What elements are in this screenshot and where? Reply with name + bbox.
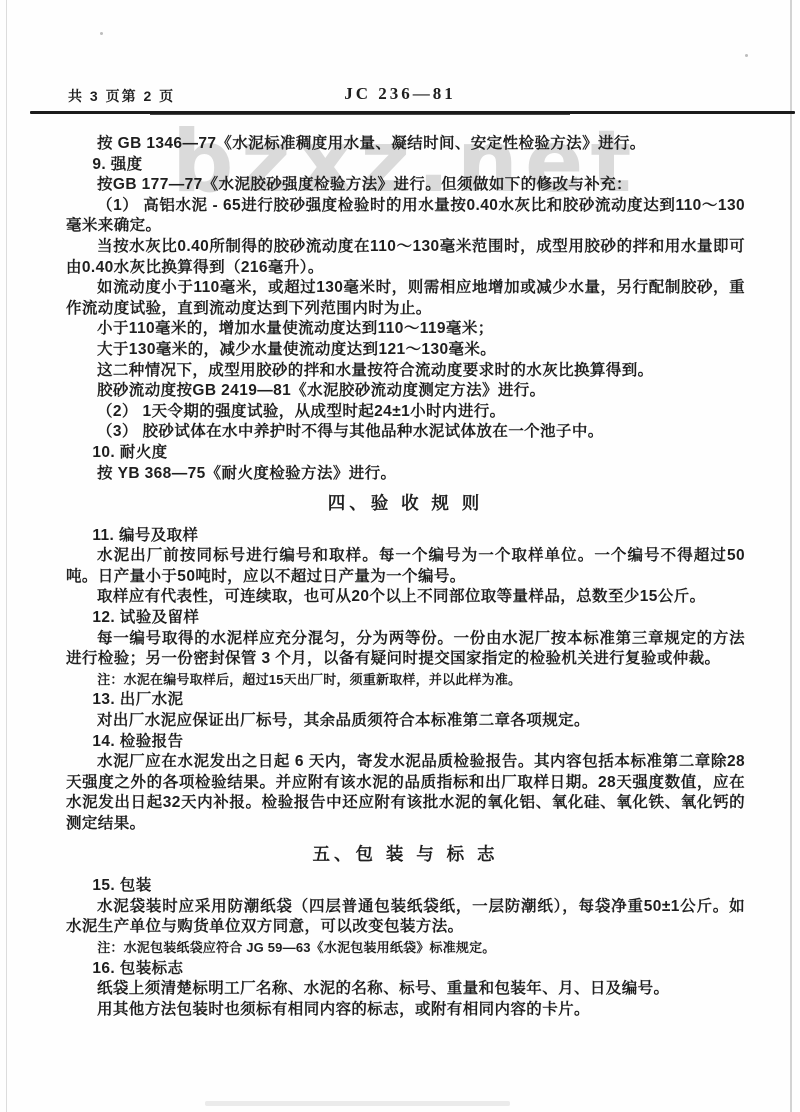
note-line: 注：水泥包装纸袋应符合 JG 59—63《水泥包装用纸袋》标准规定。 xyxy=(66,938,745,959)
paragraph: 如流动度小于110毫米，或超过130毫米时，则需相应地增加或减少水量，另行配制胶… xyxy=(66,278,745,319)
paragraph: 水泥袋装时应采用防潮纸袋（四层普通包装纸袋纸，一层防潮纸），每袋净重50±1公斤… xyxy=(66,897,745,938)
section-heading: 五、包 装 与 标 志 xyxy=(66,844,745,865)
clause-title: 11. 编号及取样 xyxy=(66,526,745,547)
scan-speck xyxy=(745,54,748,57)
paragraph: 胶砂流动度按GB 2419—81《水泥胶砂流动度测定方法》进行。 xyxy=(66,381,745,402)
page-header: 共 3 页第 2 页 JC 236—81 xyxy=(0,84,800,108)
paragraph: 取样应有代表性，可连续取，也可从20个以上不同部位取等量样品，总数至少15公斤。 xyxy=(66,587,745,608)
paragraph: 对出厂水泥应保证出厂标号，其余品质须符合本标准第二章各项规定。 xyxy=(66,711,745,732)
paragraph: 按 GB 1346—77《水泥标准稠度用水量、凝结时间、安定性检验方法》进行。 xyxy=(66,134,745,155)
paragraph: 按GB 177—77《水泥胶砂强度检验方法》进行。但须做如下的修改与补充： xyxy=(66,175,745,196)
scan-speck xyxy=(100,32,103,35)
paragraph: 纸袋上须清楚标明工厂名称、水泥的名称、标号、重量和包装年、月、日及编号。 xyxy=(66,979,745,1000)
paragraph: 每一编号取得的水泥样应充分混匀，分为两等份。一份由水泥厂按本标准第三章规定的方法… xyxy=(66,629,745,670)
document-body: 按 GB 1346—77《水泥标准稠度用水量、凝结时间、安定性检验方法》进行。9… xyxy=(0,126,800,1020)
clause-title: 9. 强度 xyxy=(66,155,745,176)
paragraph: （2） 1天令期的强度试验，从成型时起24±1小时内进行。 xyxy=(66,402,745,423)
clause-title: 12. 试验及留样 xyxy=(66,608,745,629)
paragraph: 小于110毫米的，增加水量使流动度达到110～119毫米； xyxy=(66,319,745,340)
header-rule xyxy=(30,111,795,114)
paragraph: 按 YB 368—75《耐火度检验方法》进行。 xyxy=(66,464,745,485)
paragraph: 水泥厂应在水泥发出之日起 6 天内，寄发水泥品质检验报告。其内容包括本标准第二章… xyxy=(66,752,745,834)
note-line: 注：水泥在编号取样后，超过15天出厂时，须重新取样，并以此样为准。 xyxy=(66,670,745,691)
paragraph: 当按水灰比0.40所制得的胶砂流动度在110～130毫米范围时，成型用胶砂的拌和… xyxy=(66,237,745,278)
clause-title: 15. 包装 xyxy=(66,876,745,897)
paragraph: （3） 胶砂试体在水中养护时不得与其他品种水泥试体放在一个池子中。 xyxy=(66,422,745,443)
paragraph: （1） 高铝水泥 - 65进行胶砂强度检验时的用水量按0.40水灰比和胶砂流动度… xyxy=(66,196,745,237)
paragraph: 用其他方法包装时也须标有相同内容的标志，或附有相同内容的卡片。 xyxy=(66,1000,745,1021)
section-heading: 四、验 收 规 则 xyxy=(66,493,745,514)
scan-artifact-bottom xyxy=(205,1101,510,1106)
paragraph: 水泥出厂前按同标号进行编号和取样。每一个编号为一个取样单位。一个编号不得超过50… xyxy=(66,546,745,587)
paragraph: 这二种情况下，成型用胶砂的拌和水量按符合流动度要求时的水灰比换算得到。 xyxy=(66,361,745,382)
standard-number: JC 236—81 xyxy=(0,84,800,104)
clause-title: 13. 出厂水泥 xyxy=(66,690,745,711)
clause-title: 16. 包装标志 xyxy=(66,959,745,980)
scanned-standard-page: bzxz.net 共 3 页第 2 页 JC 236—81 按 GB 1346—… xyxy=(0,0,800,1112)
clause-title: 14. 检验报告 xyxy=(66,732,745,753)
paragraph: 大于130毫米的，减少水量使流动度达到121～130毫米。 xyxy=(66,340,745,361)
clause-title: 10. 耐火度 xyxy=(66,443,745,464)
